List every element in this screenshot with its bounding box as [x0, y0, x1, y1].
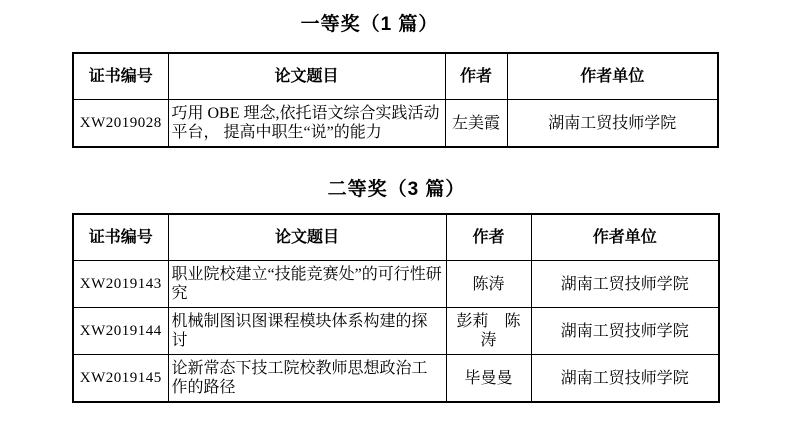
- first-prize-table: 证书编号 论文题目 作者 作者单位 XW2019028 巧用 OBE 理念,依托…: [72, 52, 719, 148]
- table-row: XW2019145 论新常态下技工院校教师思想政治工作的路径 毕曼曼 湖南工贸技…: [73, 355, 719, 403]
- cell-author-org: 湖南工贸技师学院: [531, 261, 719, 308]
- column-header-author: 作者: [446, 214, 531, 261]
- cell-paper-title: 机械制图识图课程模块体系构建的探讨: [168, 308, 446, 355]
- section-title-second-prize: 二等奖（3 篇）: [0, 179, 793, 201]
- cell-cert-number: XW2019143: [73, 261, 168, 308]
- cell-author-org: 湖南工贸技师学院: [531, 308, 719, 355]
- column-header-cert-number: 证书编号: [73, 53, 168, 100]
- cell-cert-number: XW2019028: [73, 100, 168, 148]
- table-row: XW2019144 机械制图识图课程模块体系构建的探讨 彭莉 陈涛 湖南工贸技师…: [73, 308, 719, 355]
- table-row: XW2019028 巧用 OBE 理念,依托语文综合实践活动平台， 提高中职生“…: [73, 100, 718, 148]
- cell-author-org: 湖南工贸技师学院: [531, 355, 719, 403]
- column-header-paper-title: 论文题目: [168, 53, 445, 100]
- cell-author: 毕曼曼: [446, 355, 531, 403]
- column-header-cert-number: 证书编号: [73, 214, 168, 261]
- second-prize-table: 证书编号 论文题目 作者 作者单位 XW2019143 职业院校建立“技能竞赛处…: [72, 213, 720, 403]
- table-header-row: 证书编号 论文题目 作者 作者单位: [73, 214, 719, 261]
- document-page: 一等奖（1 篇） 证书编号 论文题目 作者 作者单位 XW2019028 巧用 …: [0, 0, 793, 424]
- section-title-first-prize: 一等奖（1 篇）: [0, 0, 766, 36]
- cell-author: 彭莉 陈涛: [446, 308, 531, 355]
- cell-paper-title: 巧用 OBE 理念,依托语文综合实践活动平台， 提高中职生“说”的能力: [168, 100, 445, 148]
- cell-cert-number: XW2019144: [73, 308, 168, 355]
- cell-author: 陈涛: [446, 261, 531, 308]
- column-header-author-org: 作者单位: [507, 53, 718, 100]
- table-header-row: 证书编号 论文题目 作者 作者单位: [73, 53, 718, 100]
- cell-paper-title: 论新常态下技工院校教师思想政治工作的路径: [168, 355, 446, 403]
- cell-cert-number: XW2019145: [73, 355, 168, 403]
- cell-author: 左美霞: [445, 100, 507, 148]
- column-header-paper-title: 论文题目: [168, 214, 446, 261]
- column-header-author: 作者: [445, 53, 507, 100]
- cell-paper-title: 职业院校建立“技能竞赛处”的可行性研究: [168, 261, 446, 308]
- table-row: XW2019143 职业院校建立“技能竞赛处”的可行性研究 陈涛 湖南工贸技师学…: [73, 261, 719, 308]
- cell-author-org: 湖南工贸技师学院: [507, 100, 718, 148]
- column-header-author-org: 作者单位: [531, 214, 719, 261]
